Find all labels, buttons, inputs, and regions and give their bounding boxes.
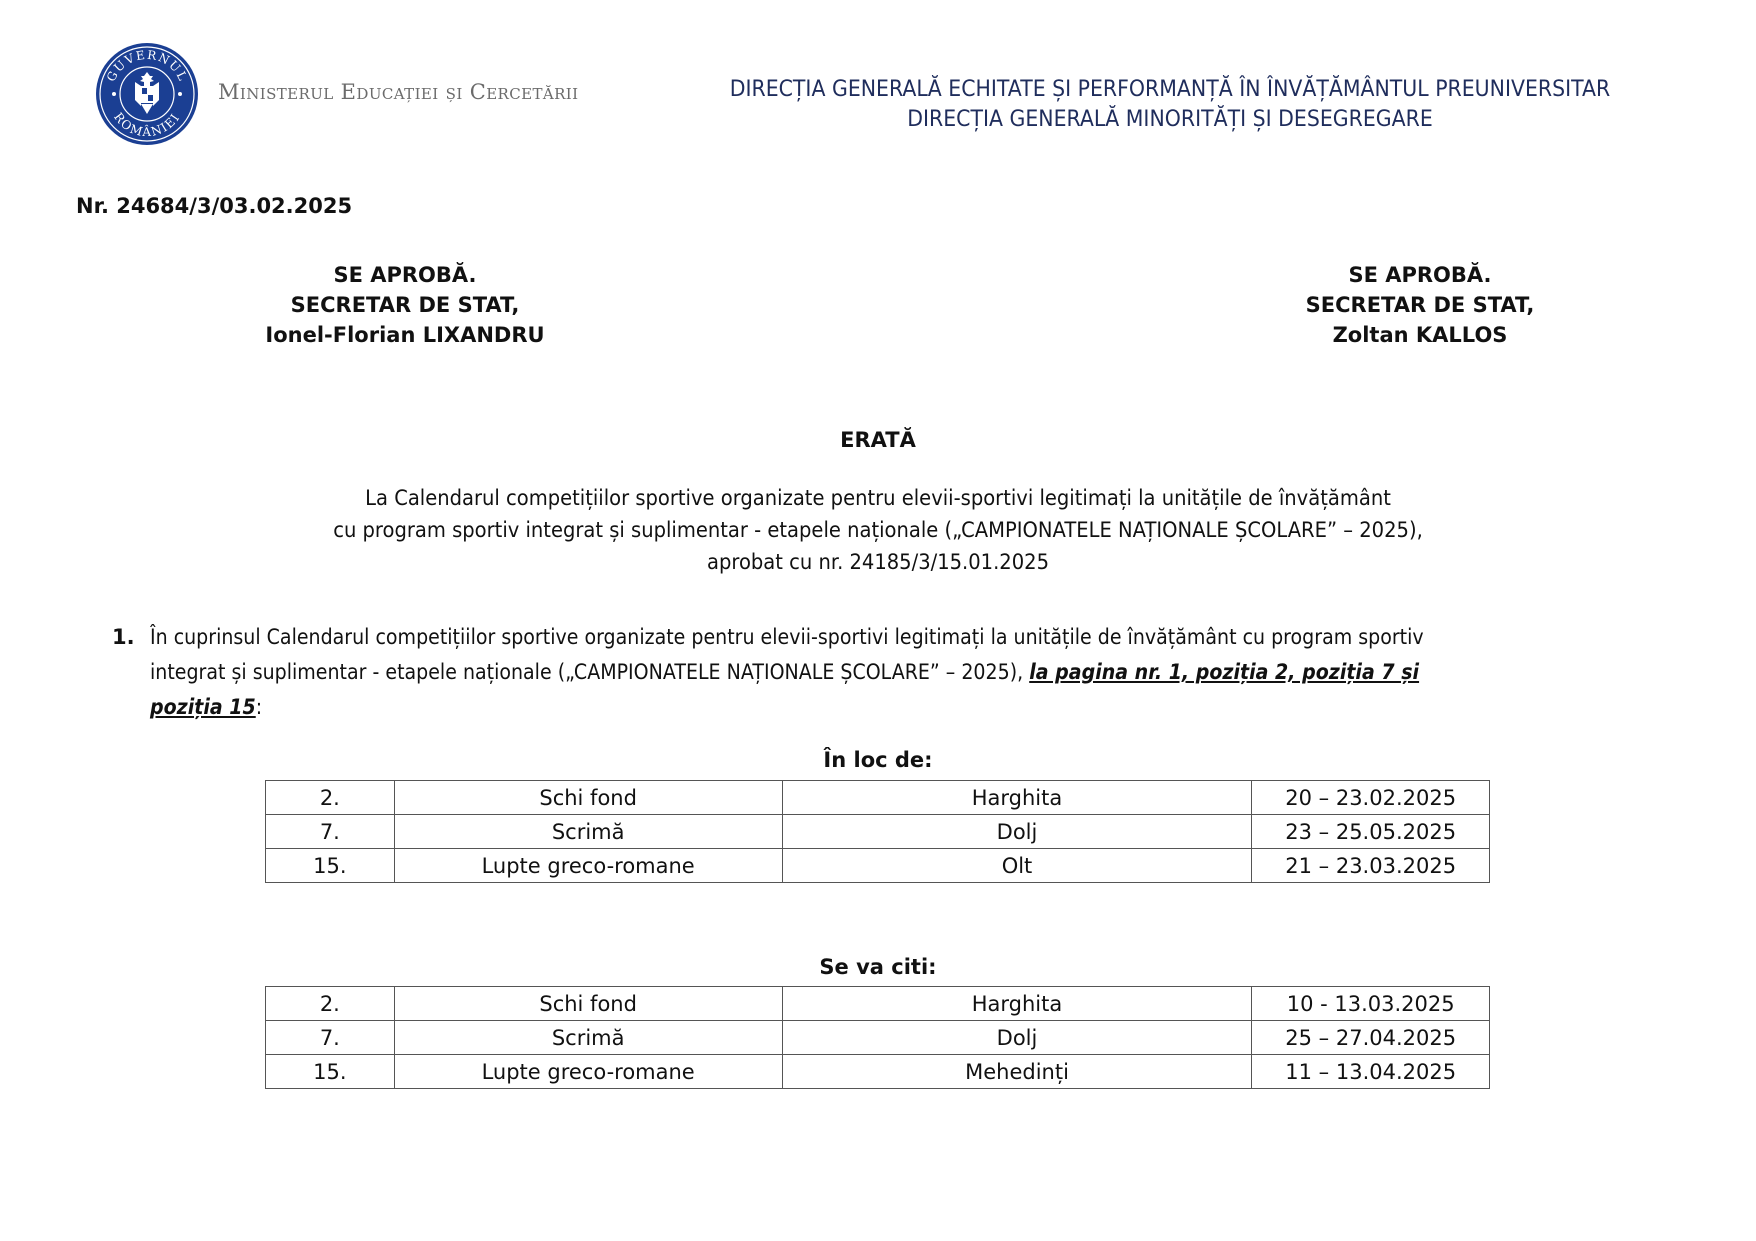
table-old: 2.Schi fondHarghita20 – 23.02.20257.Scri… xyxy=(265,780,1490,883)
item-line: poziția 15: xyxy=(150,690,1544,725)
table-row: 7.ScrimăDolj23 – 25.05.2025 xyxy=(266,815,1490,849)
county-cell: Dolj xyxy=(782,1021,1252,1055)
date-cell: 25 – 27.04.2025 xyxy=(1252,1021,1490,1055)
sport-cell: Scrimă xyxy=(394,1021,782,1055)
directorate-minorities: DIRECȚIA GENERALĂ MINORITĂȚI ȘI DESEGREG… xyxy=(640,105,1700,135)
table-row: 15.Lupte greco-romaneOlt21 – 23.03.2025 xyxy=(266,849,1490,883)
approval-signatory: Ionel-Florian LIXANDRU xyxy=(195,320,615,350)
intro-line: cu program sportiv integrat și supliment… xyxy=(247,514,1508,546)
ministry-name: Ministerul Educației și Cercetării xyxy=(218,80,578,104)
romanian-government-seal-icon: GUVERNUL ROMÂNIEI xyxy=(95,42,199,146)
approval-title: SECRETAR DE STAT, xyxy=(1210,290,1630,320)
item-line: În cuprinsul Calendarul competițiilor sp… xyxy=(150,620,1544,655)
intro-line: aprobat cu nr. 24185/3/15.01.2025 xyxy=(247,546,1508,578)
position-cell: 2. xyxy=(266,987,395,1021)
directorate-equity: DIRECȚIA GENERALĂ ECHITATE ȘI PERFORMANȚ… xyxy=(640,75,1700,105)
sport-cell: Lupte greco-romane xyxy=(394,849,782,883)
position-cell: 7. xyxy=(266,1021,395,1055)
date-cell: 20 – 23.02.2025 xyxy=(1252,781,1490,815)
sport-cell: Scrimă xyxy=(394,815,782,849)
approval-block-left: SE APROBĂ. SECRETAR DE STAT, Ionel-Flori… xyxy=(195,260,615,350)
county-cell: Harghita xyxy=(782,781,1252,815)
directorates-header: DIRECȚIA GENERALĂ ECHITATE ȘI PERFORMANȚ… xyxy=(600,75,1740,135)
approval-statement: SE APROBĂ. xyxy=(195,260,615,290)
item-text: În cuprinsul Calendarul competițiilor sp… xyxy=(150,620,1690,725)
date-cell: 23 – 25.05.2025 xyxy=(1252,815,1490,849)
approval-block-right: SE APROBĂ. SECRETAR DE STAT, Zoltan KALL… xyxy=(1210,260,1630,350)
sport-cell: Schi fond xyxy=(394,781,782,815)
date-cell: 21 – 23.03.2025 xyxy=(1252,849,1490,883)
intro-paragraph: La Calendarul competițiilor sportive org… xyxy=(200,482,1556,578)
position-cell: 15. xyxy=(266,849,395,883)
date-cell: 11 – 13.04.2025 xyxy=(1252,1055,1490,1089)
registration-number: Nr. 24684/3/03.02.2025 xyxy=(76,194,352,218)
table-row: 15.Lupte greco-romaneMehedinți11 – 13.04… xyxy=(266,1055,1490,1089)
position-cell: 15. xyxy=(266,1055,395,1089)
county-cell: Mehedinți xyxy=(782,1055,1252,1089)
table-new: 2.Schi fondHarghita10 - 13.03.20257.Scri… xyxy=(265,986,1490,1089)
item-line: integrat și suplimentar - etapele națion… xyxy=(150,655,1544,690)
item-emphasis: poziția 15 xyxy=(150,695,256,719)
table-row: 2.Schi fondHarghita20 – 23.02.2025 xyxy=(266,781,1490,815)
table-row: 7.ScrimăDolj25 – 27.04.2025 xyxy=(266,1021,1490,1055)
position-cell: 7. xyxy=(266,815,395,849)
item-plain-text: : xyxy=(256,695,262,719)
county-cell: Dolj xyxy=(782,815,1252,849)
item-number: 1. xyxy=(112,620,135,655)
intro-line: La Calendarul competițiilor sportive org… xyxy=(247,482,1508,514)
table-old-caption: În loc de: xyxy=(0,748,1756,772)
sport-cell: Lupte greco-romane xyxy=(394,1055,782,1089)
document-title: ERATĂ xyxy=(0,428,1756,452)
approval-signatory: Zoltan KALLOS xyxy=(1210,320,1630,350)
item-emphasis: la pagina nr. 1, poziția 2, poziția 7 și xyxy=(1029,660,1419,684)
date-cell: 10 - 13.03.2025 xyxy=(1252,987,1490,1021)
item-plain-text: integrat și suplimentar - etapele națion… xyxy=(150,660,1029,684)
sport-cell: Schi fond xyxy=(394,987,782,1021)
approval-title: SECRETAR DE STAT, xyxy=(195,290,615,320)
table-new-caption: Se va citi: xyxy=(0,955,1756,979)
government-logo: GUVERNUL ROMÂNIEI xyxy=(95,42,199,146)
approval-statement: SE APROBĂ. xyxy=(1210,260,1630,290)
county-cell: Harghita xyxy=(782,987,1252,1021)
table-row: 2.Schi fondHarghita10 - 13.03.2025 xyxy=(266,987,1490,1021)
position-cell: 2. xyxy=(266,781,395,815)
county-cell: Olt xyxy=(782,849,1252,883)
